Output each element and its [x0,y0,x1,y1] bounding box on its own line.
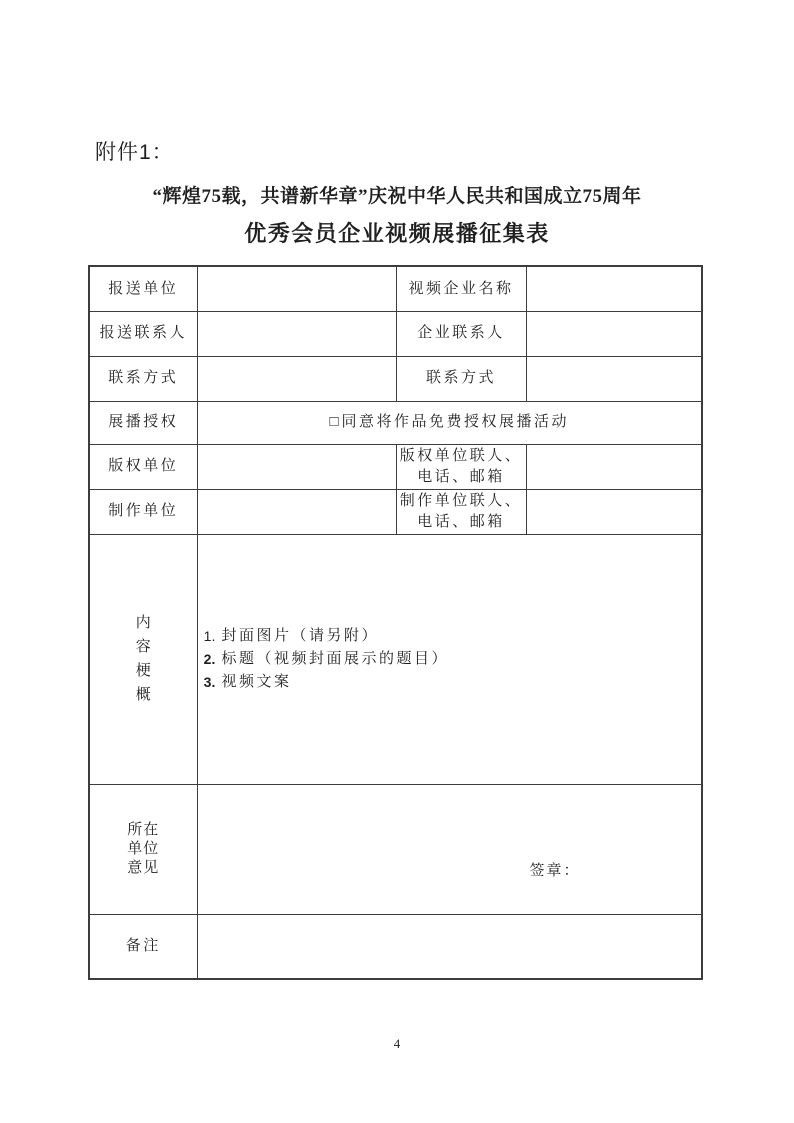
value-cell-submitting-unit [197,266,396,311]
value-cell-video-enterprise-name [526,266,702,311]
list-number: 2. [198,648,222,671]
table-row-remarks: 备注 [89,914,702,979]
table-row-submitting-unit: 报送单位 视频企业名称 [89,266,702,311]
document-title-line1: “辉煌75载，共谱新华章”庆祝中华人民共和国成立75周年 [0,181,794,208]
label-cell-production-contact-info: 制作单位联人、 电话、邮箱 [396,489,526,534]
label-char: 梗 [90,659,197,683]
label-line: 单位 [90,840,197,859]
label-cell-contact-method-left: 联系方式 [89,356,197,401]
label-cell-copyright-contact-info: 版权单位联人、 电话、邮箱 [396,444,526,489]
list-text: 标题（视频封面展示的题目） [222,648,450,671]
label-line: 版权单位联人、 [397,446,526,466]
synopsis-list-item: 1. 封面图片（请另附） [198,625,702,648]
value-cell-copyright-contact-info [526,444,702,489]
table-row-production-unit: 制作单位 制作单位联人、 电话、邮箱 [89,489,702,534]
list-number: 3. [198,671,222,694]
table-row-unit-opinion: 所在 单位 意见 签章： [89,784,702,914]
list-text: 封面图片（请另附） [222,625,380,648]
table-row-copyright-unit: 版权单位 版权单位联人、 电话、邮箱 [89,444,702,489]
label-cell-production-unit: 制作单位 [89,489,197,534]
table-row-contact-method: 联系方式 联系方式 [89,356,702,401]
collection-form-table: 报送单位 视频企业名称 报送联系人 企业联系人 联系方式 联系方式 展播授权 [88,265,703,980]
content-synopsis-cell: 1. 封面图片（请另附） 2. 标题（视频封面展示的题目） 3. 视频文案 [197,534,702,784]
synopsis-list-item: 2. 标题（视频封面展示的题目） [198,648,702,671]
value-cell-submitting-contact [197,311,396,356]
label-cell-enterprise-contact: 企业联系人 [396,311,526,356]
value-cell-copyright-unit [197,444,396,489]
list-number: 1. [198,625,222,648]
label-cell-submitting-contact: 报送联系人 [89,311,197,356]
table-row-content-synopsis: 内 容 梗 概 1. 封面图片（请另附） 2. 标题（视频封面展示的题目） [89,534,702,784]
label-cell-authorization: 展播授权 [89,401,197,444]
list-text: 视频文案 [222,671,292,694]
value-cell-production-contact-info [526,489,702,534]
document-page: 附件1： “辉煌75载，共谱新华章”庆祝中华人民共和国成立75周年 优秀会员企业… [0,0,794,1123]
remarks-cell [197,914,702,979]
document-title-line2: 优秀会员企业视频展播征集表 [0,217,794,248]
unit-opinion-cell: 签章： [197,784,702,914]
value-cell-contact-method-left [197,356,396,401]
page-number: 4 [0,1036,794,1052]
authorization-statement-cell: □同意将作品免费授权展播活动 [197,401,702,444]
label-cell-copyright-unit: 版权单位 [89,444,197,489]
label-line: 电话、邮箱 [397,512,526,532]
table-row-submitting-contact: 报送联系人 企业联系人 [89,311,702,356]
authorization-statement: 同意将作品免费授权展播活动 [342,414,570,430]
label-char: 概 [90,683,197,707]
synopsis-list-item: 3. 视频文案 [198,671,702,694]
label-cell-contact-method-right: 联系方式 [396,356,526,401]
value-cell-contact-method-right [526,356,702,401]
label-line: 意见 [90,859,197,878]
label-line: 制作单位联人、 [397,491,526,511]
label-cell-remarks: 备注 [89,914,197,979]
label-cell-video-enterprise-name: 视频企业名称 [396,266,526,311]
label-cell-submitting-unit: 报送单位 [89,266,197,311]
label-line: 电话、邮箱 [397,467,526,487]
label-char: 内 [90,611,197,635]
label-cell-unit-opinion: 所在 单位 意见 [89,784,197,914]
attachment-label: 附件1： [95,136,174,166]
label-cell-content-synopsis: 内 容 梗 概 [89,534,197,784]
value-cell-production-unit [197,489,396,534]
checkbox-icon: □ [329,414,338,430]
table-row-authorization: 展播授权 □同意将作品免费授权展播活动 [89,401,702,444]
label-line: 所在 [90,821,197,840]
seal-label: 签章： [530,861,581,881]
value-cell-enterprise-contact [526,311,702,356]
label-char: 容 [90,635,197,659]
